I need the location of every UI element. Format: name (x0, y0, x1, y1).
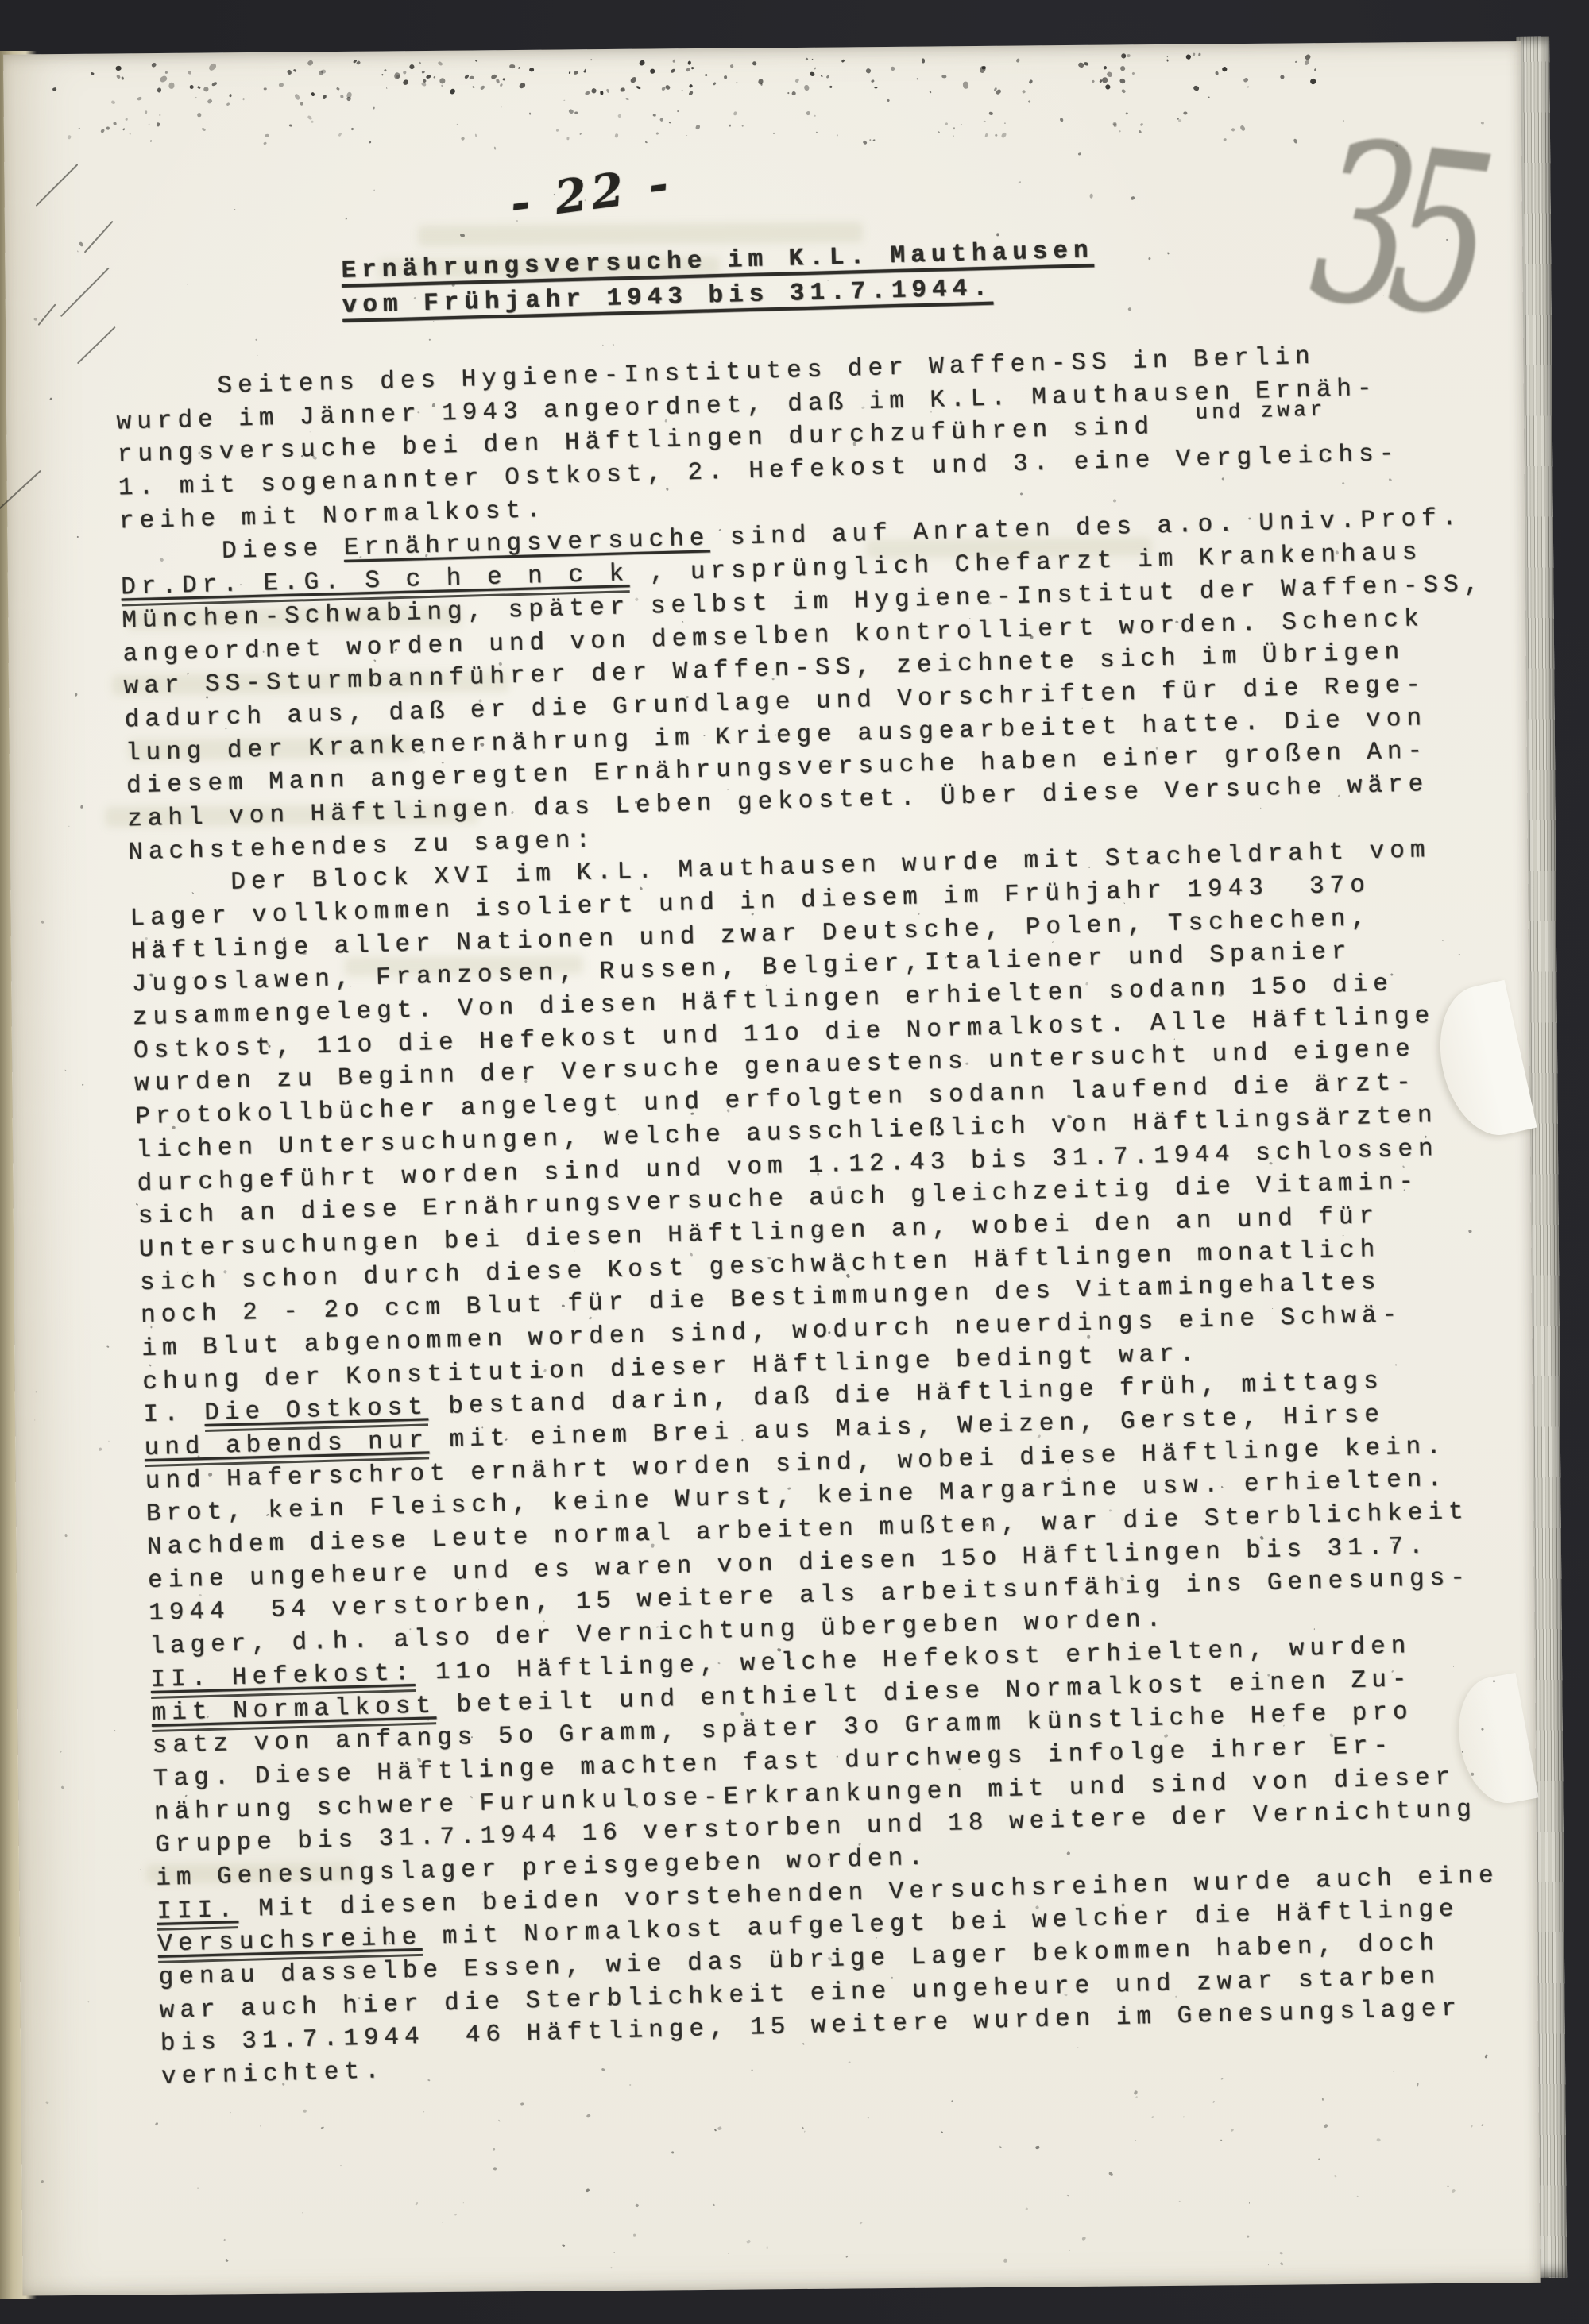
handwritten-margin-mark: 35 (1303, 110, 1483, 348)
typed-content: - 22 - Ernährungsversuche im K.L. Mautha… (109, 102, 1512, 2094)
paper-sheet: - 22 - Ernährungsversuche im K.L. Mautha… (3, 41, 1541, 2296)
body-text: Seitens des Hygiene-Institutes der Waffe… (115, 337, 1512, 2094)
text-segment: Diese (120, 535, 344, 569)
text-segment: vernichtet. (161, 2057, 385, 2091)
text-segment: und zwar (1195, 398, 1327, 425)
text-segment: I. (143, 1399, 205, 1429)
scanned-document-page: { "page": { "page_number": "- 22 -", "ma… (0, 0, 1589, 2324)
text-segment: III. (157, 1896, 238, 1931)
document-title: Ernährungsversuche im K.L. Mauthausen vo… (341, 224, 1464, 324)
